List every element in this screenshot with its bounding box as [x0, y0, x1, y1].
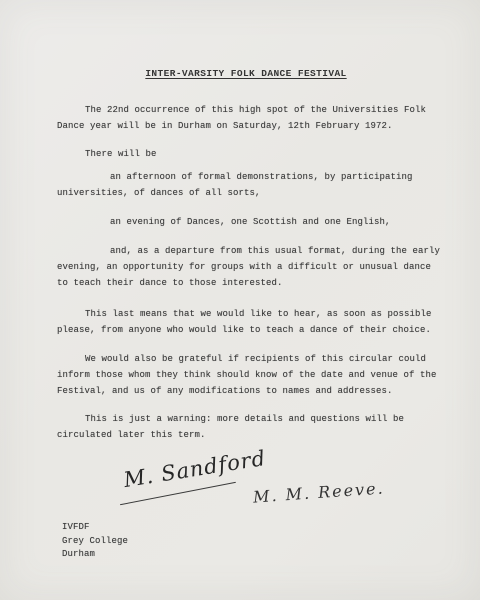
letter-line: inform those whom they think should know…	[57, 367, 435, 383]
item-afternoon: an afternoon of formal demonstrations, b…	[57, 169, 435, 201]
letter-footer-address: IVFDF Grey College Durham	[57, 521, 435, 562]
paragraph-recipients: We would also be grateful if recipients …	[57, 351, 435, 399]
signature-reeve: M. M. Reeve.	[252, 478, 385, 506]
paragraph-occurrence: The 22nd occurrence of this high spot of…	[57, 102, 435, 134]
paragraph-there-will-be: There will be	[57, 146, 435, 162]
letter-body: INTER-VARSITY FOLK DANCE FESTIVAL The 22…	[57, 66, 435, 562]
letter-line: please, from anyone who would like to te…	[57, 322, 435, 338]
scanned-letter-page: INTER-VARSITY FOLK DANCE FESTIVAL The 22…	[0, 0, 480, 600]
signature-area: M. Sandford M. M. Reeve.	[57, 451, 435, 519]
letter-line: This is just a warning: more details and…	[57, 411, 435, 427]
signature-sandford: M. Sandford	[122, 446, 268, 492]
letter-line: an evening of Dances, one Scottish and o…	[57, 214, 435, 230]
letter-line: Festival, and us of any modifications to…	[57, 383, 435, 399]
letter-line: an afternoon of formal demonstrations, b…	[57, 169, 435, 185]
letter-line: We would also be grateful if recipients …	[57, 351, 435, 367]
item-evening: an evening of Dances, one Scottish and o…	[57, 214, 435, 230]
letter-line: There will be	[57, 146, 435, 162]
letter-line: evening, an opportunity for groups with …	[57, 259, 435, 275]
letter-line: and, as a departure from this usual form…	[57, 243, 435, 259]
item-departure: and, as a departure from this usual form…	[57, 243, 435, 291]
letter-line: Dance year will be in Durham on Saturday…	[57, 118, 435, 134]
paragraph-teach-request: This last means that we would like to he…	[57, 306, 435, 338]
footer-org: IVFDF	[62, 521, 435, 535]
letter-line: This last means that we would like to he…	[57, 306, 435, 322]
footer-college: Grey College	[62, 535, 435, 549]
letter-title: INTER-VARSITY FOLK DANCE FESTIVAL	[57, 66, 435, 82]
letter-line: The 22nd occurrence of this high spot of…	[57, 102, 435, 118]
letter-line: universities, of dances of all sorts,	[57, 185, 435, 201]
letter-line: circulated later this term.	[57, 427, 435, 443]
paragraph-warning: This is just a warning: more details and…	[57, 411, 435, 443]
letter-line: to teach their dance to those interested…	[57, 275, 435, 291]
footer-city: Durham	[62, 548, 435, 562]
